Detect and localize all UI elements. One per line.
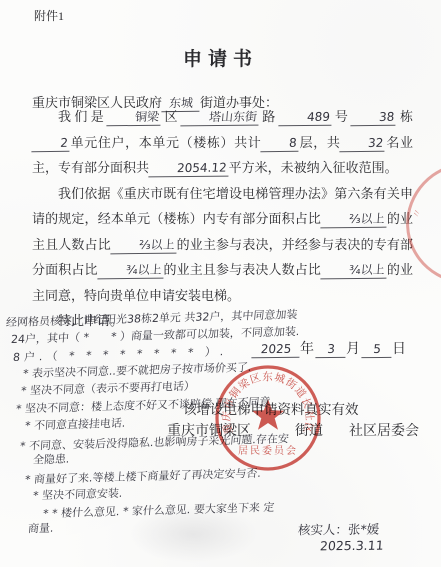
application-date: 2025年3月5日 xyxy=(252,338,408,358)
edge-seal-mark: 〃 xyxy=(407,206,425,221)
day-label: 日 xyxy=(392,342,408,357)
page-title: 申请书 xyxy=(0,44,441,71)
district-handwritten: 铜梁 xyxy=(106,110,161,127)
note-line: 商量. xyxy=(27,520,54,537)
p1-text: 我们是 xyxy=(58,109,107,124)
year-handwritten: 2025 xyxy=(251,342,300,359)
house-number-handwritten: 489 xyxy=(278,110,332,127)
paragraph-residence: 我们是铜梁区塔山东街路489号38栋2单元住户，本单元（楼栋）共计8层，共32名… xyxy=(32,104,413,181)
p1-text: 栋 xyxy=(397,109,413,124)
month-handwritten: 3 xyxy=(315,342,346,358)
verifier-name: 核实人：张*媛 xyxy=(297,520,380,539)
owner-ratio-2-handwritten: ¾以上 xyxy=(320,263,387,280)
floors-handwritten: 8 xyxy=(261,135,300,151)
p1-text: 路 xyxy=(259,109,279,124)
seal-bottom-text: 居民委员会 xyxy=(238,444,298,457)
star-icon xyxy=(252,399,284,430)
day-handwritten: 5 xyxy=(361,342,392,358)
p1-text: 区 xyxy=(161,109,181,124)
scanned-application-document: 附件1 申请书 重庆市铜梁区人民政府东城街道办事处： 我们是铜梁区塔山东街路48… xyxy=(0,0,441,567)
committee-suffix: 社区居委会 xyxy=(349,424,419,439)
area-handwritten: 2054.12 xyxy=(148,161,229,178)
note-line: * 坚决不同意安装. xyxy=(32,485,123,504)
paragraph-legal-basis: 我们依据《重庆市既有住宅增设电梯管理办法》第六条有关申请的规定，经本单元（楼栋）… xyxy=(32,181,413,309)
owners-count-handwritten: 32 xyxy=(340,135,387,151)
building-number-handwritten: 38 xyxy=(351,110,398,126)
p1-text: 单元住户，本单元（楼栋）共计 xyxy=(70,135,261,150)
area-ratio-2-handwritten: ¾以上 xyxy=(97,263,164,280)
road-handwritten: 塔山东街 xyxy=(180,110,259,127)
month-label: 月 xyxy=(346,342,362,357)
p1-text: 层，共 xyxy=(299,135,340,150)
p1-text: 平方米，未被纳入征收范围。 xyxy=(229,160,398,175)
community-committee-seal: 重庆市铜梁区东城街道长社区 居民委员会 xyxy=(205,358,333,480)
p1-text: 号 xyxy=(332,109,352,124)
note-line: * 不同意直接挂电话. xyxy=(24,415,126,434)
attachment-label: 附件1 xyxy=(34,7,64,24)
p2-text: 的业主且参与表决人数占比 xyxy=(163,262,321,277)
scan-smudge xyxy=(128,505,258,563)
year-label: 年 xyxy=(300,342,316,357)
unit-number-handwritten: 2 xyxy=(31,135,70,151)
verify-date: 2025.3.11 xyxy=(319,538,384,554)
area-ratio-1-handwritten: ⅔以上 xyxy=(320,212,387,229)
application-body: 我们是铜梁区塔山东街路489号38栋2单元住户，本单元（楼栋）共计8层，共32名… xyxy=(32,104,413,334)
owner-ratio-1-handwritten: ⅔以上 xyxy=(110,237,177,254)
note-line: 全隐患. xyxy=(32,450,70,467)
